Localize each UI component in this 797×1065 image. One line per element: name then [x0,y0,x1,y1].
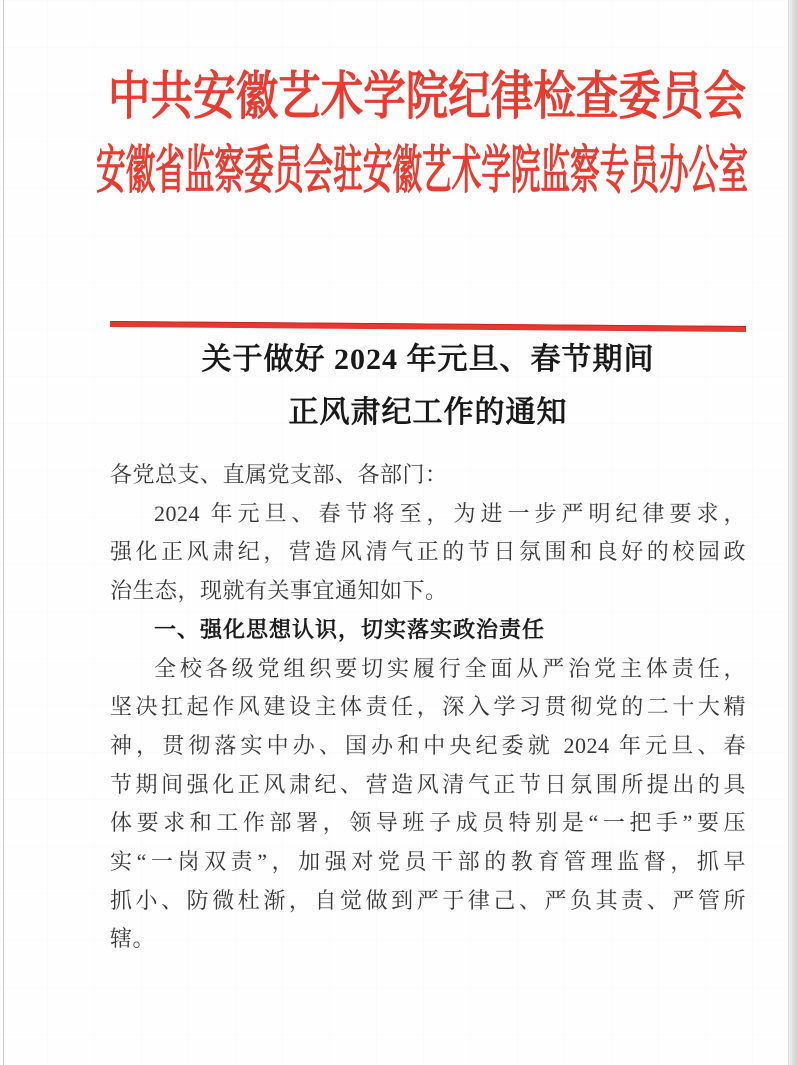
letterhead-line-1: 中共安徽艺术学院纪律检查委员会 [108,64,746,126]
svg-text:安徽省监察委员会驻安徽艺术学院监察专员办公室: 安徽省监察委员会驻安徽艺术学院监察专员办公室 [96,142,748,200]
body-line: 体要求和工作部署，领导班子成员特别是“一把手”要压 [110,804,746,843]
body-line: 各党总支、直属党支部、各部门： [110,456,746,495]
notice-title: 关于做好 2024 年元旦、春节期间 正风肃纪工作的通知 [110,333,746,439]
red-divider-rule [110,321,746,332]
body-line: 坚决扛起作风建设主体责任，深入学习贯彻党的二十大精 [110,688,746,727]
body-line: 一、强化思想认识，切实落实政治责任 [110,611,746,650]
body-line: 强化正风肃纪，营造风清气正的节日氛围和良好的校园政 [110,533,746,572]
document-page: 中共安徽艺术学院纪律检查委员会 安徽省监察委员会驻安徽艺术学院监察专员办公室 关… [0,0,797,1065]
body-line: 2024 年元旦、春节将至，为进一步严明纪律要求， [110,495,746,534]
notice-title-line-2: 正风肃纪工作的通知 [110,386,746,439]
body-line: 节期间强化正风肃纪、营造风清气正节日氛围所提出的具 [110,766,746,805]
body-line: 抓小、防微杜渐，自觉做到严于律己、严负其责、严管所 [110,882,746,921]
notice-title-line-1: 关于做好 2024 年元旦、春节期间 [110,333,746,386]
body-line: 实“一岗双责”，加强对党员干部的教育管理监督，抓早 [110,843,746,882]
letterhead: 中共安徽艺术学院纪律检查委员会 安徽省监察委员会驻安徽艺术学院监察专员办公室 [0,64,797,200]
body-line: 全校各级党组织要切实履行全面从严治党主体责任， [110,650,746,689]
body-line: 辖。 [110,920,746,959]
letterhead-line-2: 安徽省监察委员会驻安徽艺术学院监察专员办公室 [96,138,748,200]
body-line: 治生态，现就有关事宜通知如下。 [110,572,746,611]
body-line: 神，贯彻落实中办、国办和中央纪委就 2024 年元旦、春 [110,727,746,766]
svg-text:中共安徽艺术学院纪律检查委员会: 中共安徽艺术学院纪律检查委员会 [108,68,746,126]
notice-body: 各党总支、直属党支部、各部门：2024 年元旦、春节将至，为进一步严明纪律要求，… [110,456,746,959]
